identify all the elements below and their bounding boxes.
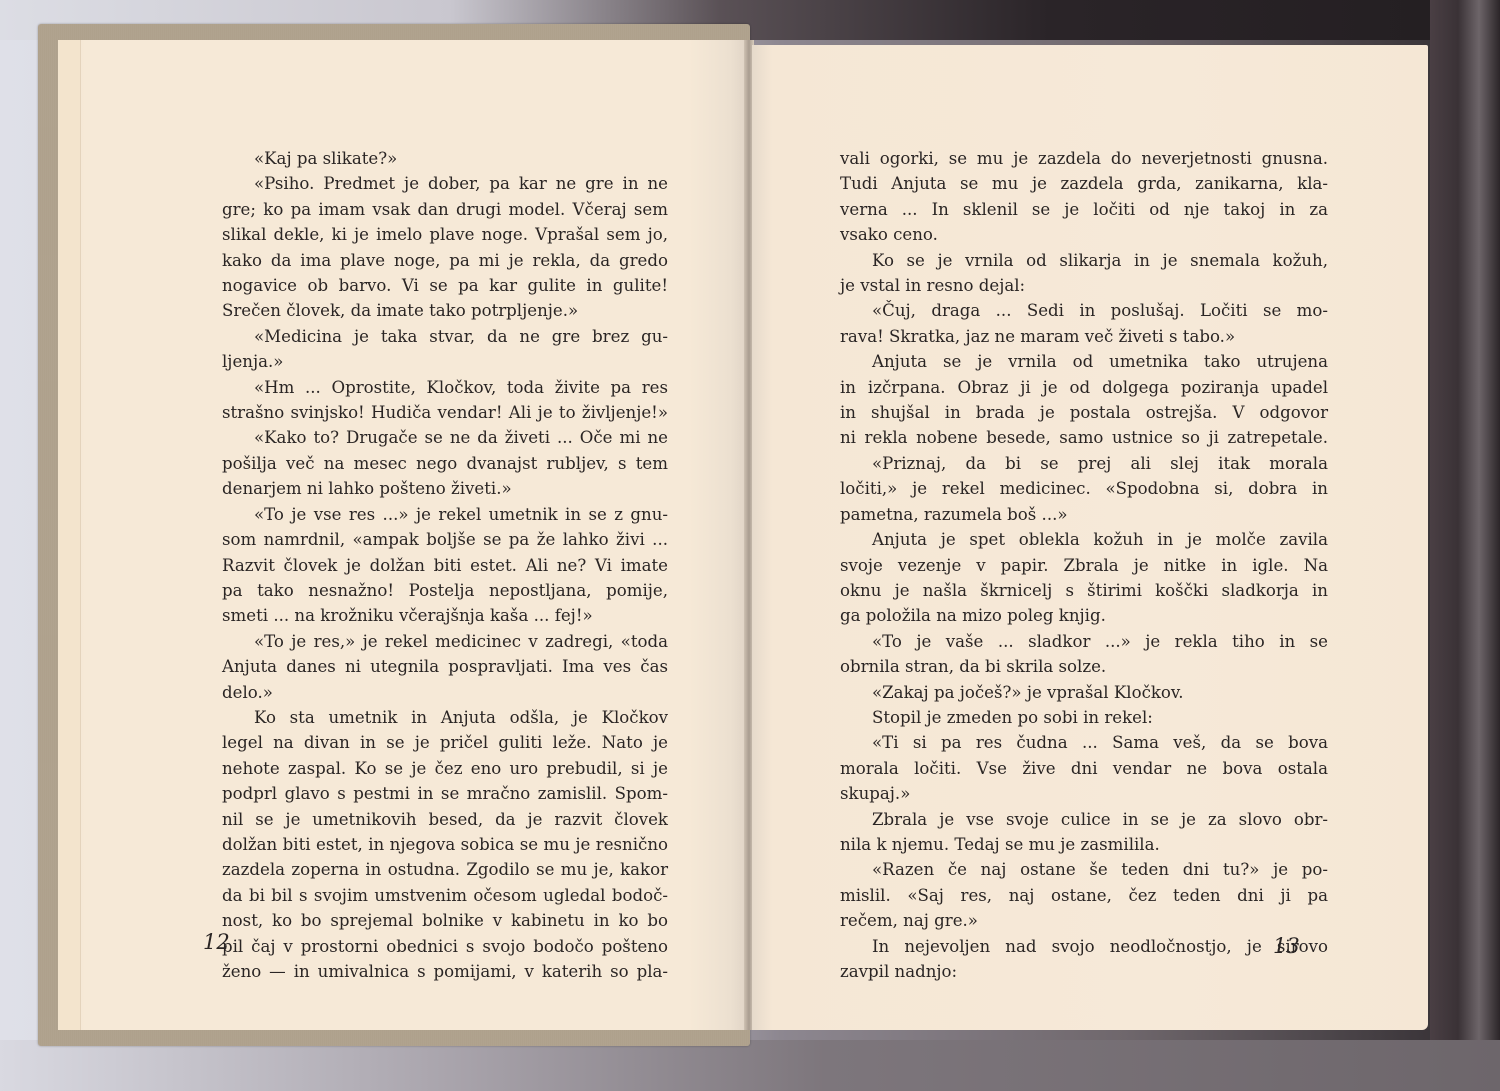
page-number-right: 13 [1273, 934, 1300, 958]
text-line: Anjuta danes ni utegnila pospravljati. I… [222, 654, 668, 679]
text-line: legel na divan in se je pričel guliti le… [222, 730, 668, 755]
text-line: «To je res,» je rekel medicinec v zadreg… [222, 629, 668, 654]
text-line: Srečen človek, da imate tako potrpljenje… [222, 298, 668, 323]
text-line: «Čuj, draga ... Sedi in poslušaj. Ločiti… [840, 298, 1328, 323]
text-line: vali ogorki, se mu je zazdela do neverje… [840, 146, 1328, 171]
text-line: strašno svinjsko! Hudiča vendar! Ali je … [222, 400, 668, 425]
text-line: obrnila stran, da bi skrila solze. [840, 654, 1328, 679]
page-edge [58, 40, 81, 1030]
text-line: slikal dekle, ki je imelo plave noge. Vp… [222, 222, 668, 247]
text-line: in shujšal in brada je postala ostrejša.… [840, 400, 1328, 425]
text-line: «Ti si pa res čudna ... Sama veš, da se … [840, 730, 1328, 755]
text-line: pošilja več na mesec nego dvanajst rublj… [222, 451, 668, 476]
text-line: Stopil je zmeden po sobi in rekel: [840, 705, 1328, 730]
text-line: In nejevoljen nad svojo neodločnostjo, j… [840, 934, 1328, 959]
text-line: Razvit človek je dolžan biti estet. Ali … [222, 553, 668, 578]
text-line: mislil. «Saj res, naj ostane, čez teden … [840, 883, 1328, 908]
text-line: kako da ima plave noge, pa mi je rekla, … [222, 248, 668, 273]
text-line: ločiti,» je rekel medicinec. «Spodobna s… [840, 476, 1328, 501]
text-line: verna ... In sklenil se je ločiti od nje… [840, 197, 1328, 222]
text-line: vsako ceno. [840, 222, 1328, 247]
left-page-body-text: «Kaj pa slikate?»«Psiho. Predmet je dobe… [222, 146, 668, 984]
text-line: zavpil nadnjo: [840, 959, 1328, 984]
text-line: delo.» [222, 680, 668, 705]
text-line: podprl glavo s pestmi in se mračno zamis… [222, 781, 668, 806]
text-line: nost, ko bo sprejemal bolnike v kabinetu… [222, 908, 668, 933]
text-line: da bi bil s svojim umstvenim očesom ugle… [222, 883, 668, 908]
text-line: ženo — in umivalnica s pomijami, v kater… [222, 959, 668, 984]
scanner-background-bottom [0, 1040, 1500, 1091]
text-line: ni rekla nobene besede, samo ustnice so … [840, 425, 1328, 450]
text-line: «Kaj pa slikate?» [222, 146, 668, 171]
text-line: oknu je našla škrnicelj s štirimi koščki… [840, 578, 1328, 603]
text-line: dolžan biti estet, in njegova sobica se … [222, 832, 668, 857]
text-line: nil se je umetnikovih besed, da je razvi… [222, 807, 668, 832]
text-line: ga položila na mizo poleg knjig. [840, 603, 1328, 628]
text-line: «Hm ... Oprostite, Kločkov, toda živite … [222, 375, 668, 400]
text-line: rava! Skratka, jaz ne maram več živeti s… [840, 324, 1328, 349]
text-line: pil čaj v prostorni obednici s svojo bod… [222, 934, 668, 959]
text-line: Ko sta umetnik in Anjuta odšla, je Kločk… [222, 705, 668, 730]
text-line: morala ločiti. Vse žive dni vendar ne bo… [840, 756, 1328, 781]
text-line: nila k njemu. Tedaj se mu je zasmilila. [840, 832, 1328, 857]
text-line: ljenja.» [222, 349, 668, 374]
text-line: «Kako to? Drugače se ne da živeti ... Oč… [222, 425, 668, 450]
text-line: Anjuta se je vrnila od umetnika tako utr… [840, 349, 1328, 374]
right-page-body-text: vali ogorki, se mu je zazdela do neverje… [840, 146, 1328, 984]
text-line: Ko se je vrnila od slikarja in je snemal… [840, 248, 1328, 273]
text-line: svoje vezenje v papir. Zbrala je nitke i… [840, 553, 1328, 578]
text-line: Zbrala je vse svoje culice in se je za s… [840, 807, 1328, 832]
text-line: je vstal in resno dejal: [840, 273, 1328, 298]
text-line: «Razen če naj ostane še teden dni tu?» j… [840, 857, 1328, 882]
text-line: Anjuta je spet oblekla kožuh in je molče… [840, 527, 1328, 552]
text-line: «Medicina je taka stvar, da ne gre brez … [222, 324, 668, 349]
text-line: «Priznaj, da bi se prej ali slej itak mo… [840, 451, 1328, 476]
text-line: «To je vaše ... sladkor ...» je rekla ti… [840, 629, 1328, 654]
scanner-background-right [1430, 0, 1500, 1091]
text-line: Tudi Anjuta se mu je zazdela grda, zanik… [840, 171, 1328, 196]
text-line: skupaj.» [840, 781, 1328, 806]
text-line: denarjem ni lahko pošteno živeti.» [222, 476, 668, 501]
text-line: nogavice ob barvo. Vi se pa kar gulite i… [222, 273, 668, 298]
text-line: zazdela zoperna in ostudna. Zgodilo se m… [222, 857, 668, 882]
text-line: in izčrpana. Obraz ji je od dolgega pozi… [840, 375, 1328, 400]
text-line: «To je vse res ...» je rekel umetnik in … [222, 502, 668, 527]
text-line: «Psiho. Predmet je dober, pa kar ne gre … [222, 171, 668, 196]
page-number-left: 12 [203, 930, 230, 954]
text-line: som namrdnil, «ampak boljše se pa že lah… [222, 527, 668, 552]
text-line: pametna, razumela boš ...» [840, 502, 1328, 527]
text-line: «Zakaj pa jočeš?» je vprašal Kločkov. [840, 680, 1328, 705]
text-line: gre; ko pa imam vsak dan drugi model. Vč… [222, 197, 668, 222]
text-line: pa tako nesnažno! Postelja nepostljana, … [222, 578, 668, 603]
text-line: rečem, naj gre.» [840, 908, 1328, 933]
text-line: nehote zaspal. Ko se je čez eno uro preb… [222, 756, 668, 781]
text-line: smeti ... na krožniku včerajšnja kaša ..… [222, 603, 668, 628]
